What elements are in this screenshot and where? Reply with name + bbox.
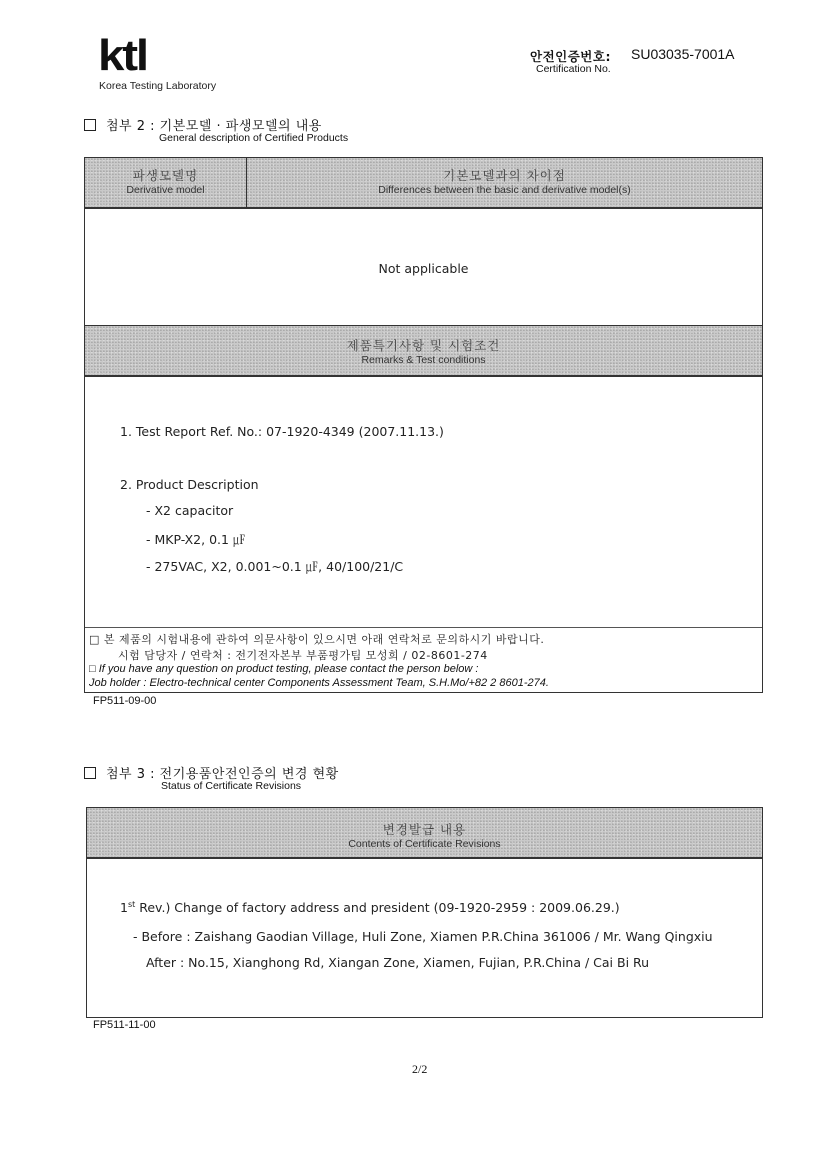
revisions-header: 변경발급 내용 Contents of Certificate Revision… [87, 808, 762, 857]
product-description-line: - 275VAC, X2, 0.001~0.1 ㎌, 40/100/21/C [146, 557, 403, 575]
contact-line-ko: □ 본 제품의 시험내용에 관하여 의문사항이 있으시면 아래 연락처로 문의하… [89, 631, 544, 647]
col-header-derivative-model: 파생모델명 Derivative model [85, 158, 247, 207]
divider [85, 375, 762, 377]
page-number: 2/2 [412, 1062, 427, 1077]
divider [87, 857, 762, 859]
divider [85, 207, 762, 209]
certification-number: SU03035-7001A [631, 46, 735, 62]
certification-label-en: Certification No. [536, 63, 611, 75]
col1-header-ko: 파생모델명 [85, 166, 246, 184]
remarks-header: 제품특기사항 및 시험조건 Remarks & Test conditions [85, 326, 762, 375]
col1-header-en: Derivative model [85, 184, 246, 196]
product-description-line: - X2 capacitor [146, 503, 233, 518]
remarks-header-en: Remarks & Test conditions [85, 354, 762, 366]
attachment3-subtitle: Status of Certificate Revisions [161, 780, 301, 792]
product-description-title: 2. Product Description [120, 477, 259, 492]
checkbox-square-icon [84, 767, 96, 779]
attachment2-subtitle: General description of Certified Product… [159, 132, 348, 144]
contact-line-en: □ If you have any question on product te… [89, 663, 478, 675]
col2-header-ko: 기본모델과의 차이점 [247, 166, 762, 184]
test-report-ref: 1. Test Report Ref. No.: 07-1920-4349 (2… [120, 424, 444, 439]
col2-header-en: Differences between the basic and deriva… [247, 184, 762, 196]
revision-entry: 1st Rev.) Change of factory address and … [120, 900, 620, 915]
checkbox-square-icon [84, 119, 96, 131]
divider [85, 627, 762, 628]
product-description-line: - MKP-X2, 0.1 ㎌ [146, 530, 245, 548]
revisions-header-ko: 변경발급 내용 [87, 820, 762, 838]
ktl-logo: ktl [98, 34, 147, 78]
revision-before: - Before : Zaishang Gaodian Village, Hul… [133, 929, 713, 944]
revision-after: After : No.15, Xianghong Rd, Xiangan Zon… [146, 955, 649, 970]
derivative-value: Not applicable [85, 261, 762, 276]
remarks-header-ko: 제품특기사항 및 시험조건 [85, 336, 762, 354]
contact-person-en: Job holder : Electro-technical center Co… [89, 677, 549, 689]
form-code: FP511-09-00 [93, 695, 156, 707]
revisions-header-en: Contents of Certificate Revisions [87, 838, 762, 850]
revision-ordinal: 1 [120, 900, 128, 915]
form-code: FP511-11-00 [93, 1019, 156, 1031]
logo-subtitle: Korea Testing Laboratory [99, 80, 216, 92]
revision-text: Rev.) Change of factory address and pres… [135, 900, 619, 915]
col-header-differences: 기본모델과의 차이점 Differences between the basic… [247, 158, 762, 207]
contact-person-ko: 시험 담당자 / 연락처 : 전기전자본부 부품평가팀 모성희 / 02-860… [118, 647, 488, 663]
